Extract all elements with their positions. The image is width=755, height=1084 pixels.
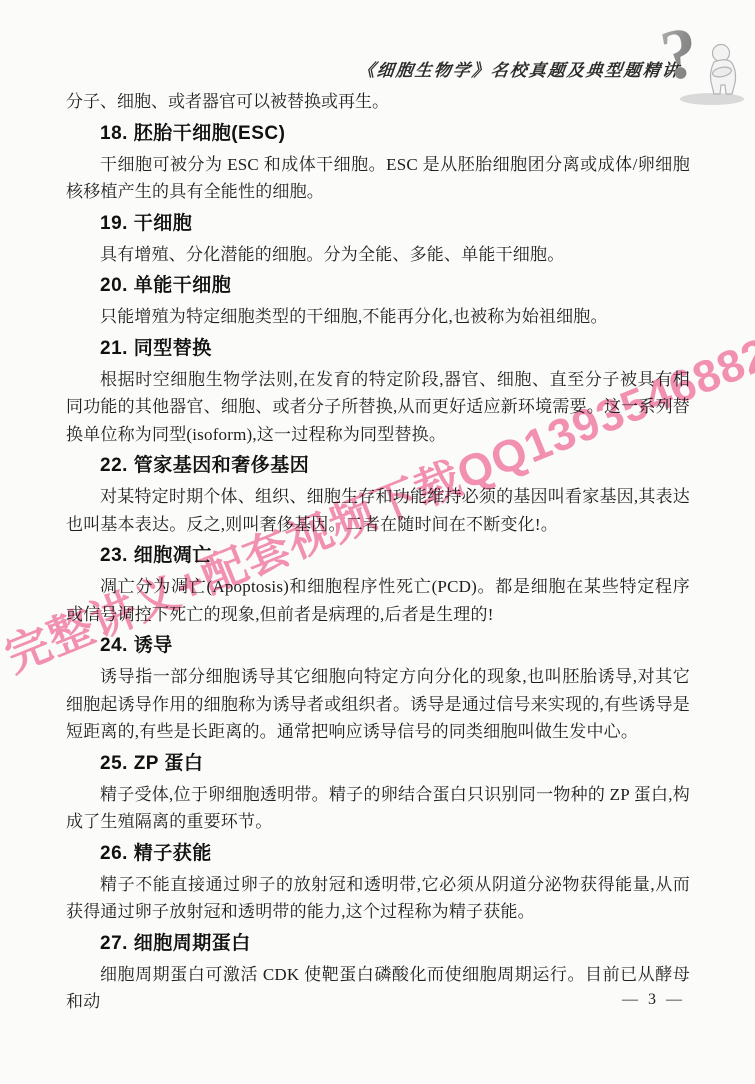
term-definition-20: 只能增殖为特定细胞类型的干细胞,不能再分化,也被称为始祖细胞。 [66,303,690,331]
running-head-title: 《细胞生物学》名校真题及典型题精讲 [357,56,683,81]
carryover-paragraph: 分子、细胞、或者器官可以被替换或再生。 [66,88,690,116]
term-section-24: 24. 诱导 诱导指一部分细胞诱导其它细胞向特定方向分化的现象,也叫胚胎诱导,对… [66,633,690,746]
page-number: — 3 — [622,991,685,1009]
question-mark-person-icon: ? [655,10,755,110]
term-heading-18: 18. 胚胎干细胞(ESC) [66,121,690,147]
term-definition-22: 对某特定时期个体、组织、细胞生存和功能维持必须的基因叫看家基因,其表达也叫基本表… [66,483,690,538]
term-heading-21: 21. 同型替换 [66,336,690,362]
term-definition-24: 诱导指一部分细胞诱导其它细胞向特定方向分化的现象,也叫胚胎诱导,对其它细胞起诱导… [66,663,690,746]
term-section-25: 25. ZP 蛋白 精子受体,位于卵细胞透明带。精子的卵结合蛋白只识别同一物种的… [66,751,690,836]
term-section-21: 21. 同型替换 根据时空细胞生物学法则,在发育的特定阶段,器官、细胞、直至分子… [66,336,690,449]
term-heading-27: 27. 细胞周期蛋白 [66,931,690,957]
term-section-23: 23. 细胞凋亡 凋亡分为凋亡(Apoptosis)和细胞程序性死亡(PCD)。… [66,543,690,628]
term-heading-19: 19. 干细胞 [66,211,690,237]
svg-text:?: ? [655,11,704,96]
term-heading-24: 24. 诱导 [66,633,690,659]
term-definition-23: 凋亡分为凋亡(Apoptosis)和细胞程序性死亡(PCD)。都是细胞在某些特定… [66,573,690,628]
term-definition-19: 具有增殖、分化潜能的细胞。分为全能、多能、单能干细胞。 [66,241,690,269]
term-heading-25: 25. ZP 蛋白 [66,751,690,777]
term-section-19: 19. 干细胞 具有增殖、分化潜能的细胞。分为全能、多能、单能干细胞。 [66,211,690,269]
term-heading-23: 23. 细胞凋亡 [66,543,690,569]
term-definition-21: 根据时空细胞生物学法则,在发育的特定阶段,器官、细胞、直至分子被具有相同功能的其… [66,366,690,449]
term-definition-18: 干细胞可被分为 ESC 和成体干细胞。ESC 是从胚胎细胞团分离或成体/卵细胞核… [66,151,690,206]
term-section-27: 27. 细胞周期蛋白 细胞周期蛋白可激活 CDK 使靶蛋白磷酸化而使细胞周期运行… [66,931,690,1016]
term-heading-22: 22. 管家基因和奢侈基因 [66,453,690,479]
term-section-22: 22. 管家基因和奢侈基因 对某特定时期个体、组织、细胞生存和功能维持必须的基因… [66,453,690,538]
term-section-26: 26. 精子获能 精子不能直接通过卵子的放射冠和透明带,它必须从阴道分泌物获得能… [66,841,690,926]
term-definition-25: 精子受体,位于卵细胞透明带。精子的卵结合蛋白只识别同一物种的 ZP 蛋白,构成了… [66,781,690,836]
term-section-20: 20. 单能干细胞 只能增殖为特定细胞类型的干细胞,不能再分化,也被称为始祖细胞… [66,273,690,331]
term-definition-26: 精子不能直接通过卵子的放射冠和透明带,它必须从阴道分泌物获得能量,从而获得通过卵… [66,871,690,926]
term-heading-20: 20. 单能干细胞 [66,273,690,299]
term-section-18: 18. 胚胎干细胞(ESC) 干细胞可被分为 ESC 和成体干细胞。ESC 是从… [66,121,690,206]
term-definition-27: 细胞周期蛋白可激活 CDK 使靶蛋白磷酸化而使细胞周期运行。目前已从酵母和动 [66,961,690,1016]
term-heading-26: 26. 精子获能 [66,841,690,867]
page-content: 分子、细胞、或者器官可以被替换或再生。 18. 胚胎干细胞(ESC) 干细胞可被… [66,88,690,1016]
document-page: 完整讲义+配套视频下载QQ13935468828 《细胞生物学》名校真题及典型题… [0,0,755,1084]
